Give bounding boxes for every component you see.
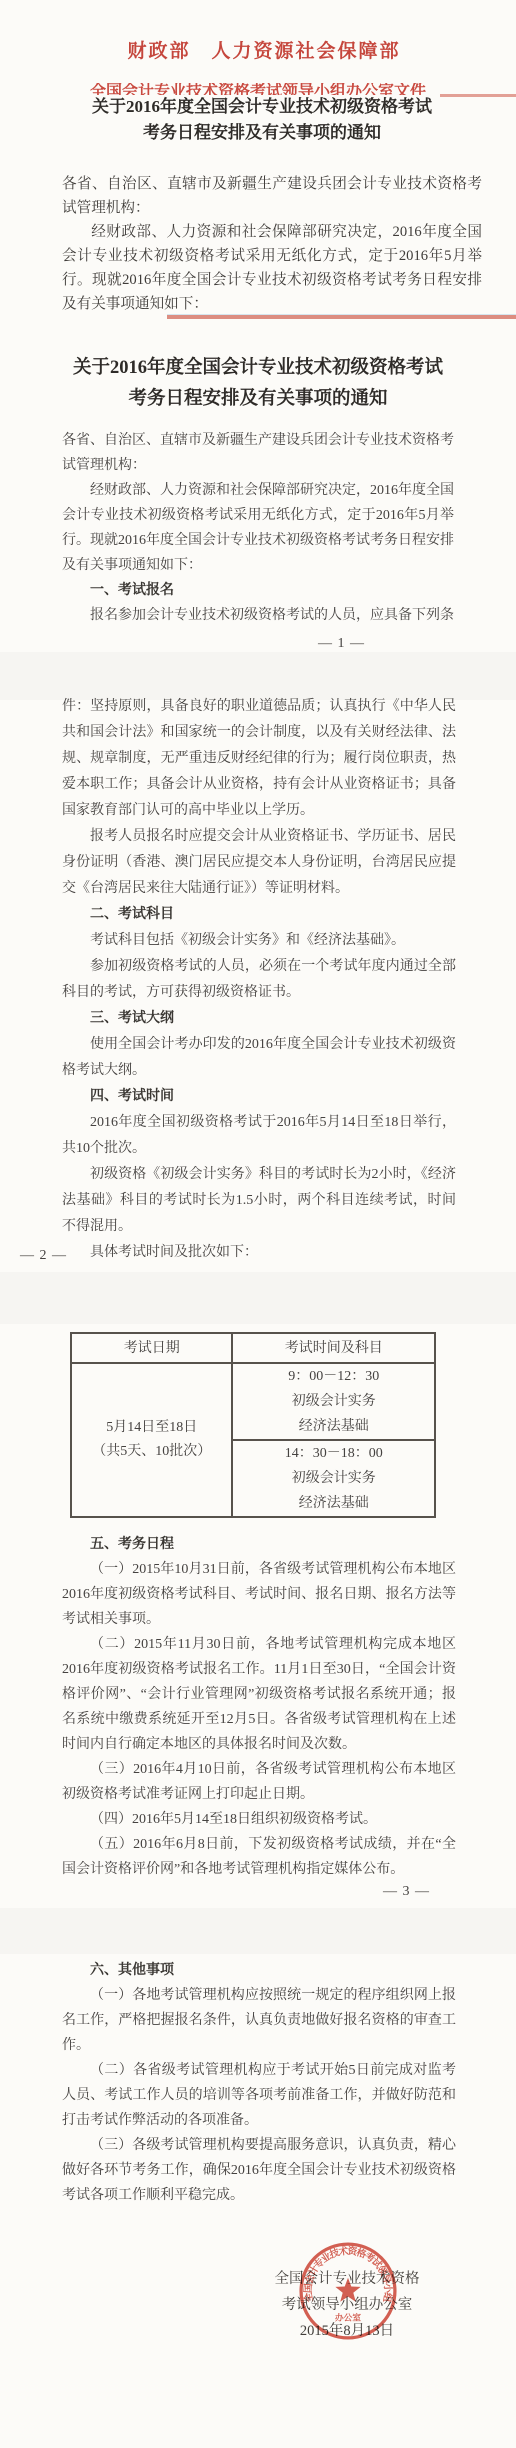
page-number-1: — 1 — xyxy=(318,636,365,652)
notice-title-line2: 考务日程安排及有关事项的通知 xyxy=(0,384,516,410)
session-morning-subject1: 初级会计实务 xyxy=(233,1389,434,1414)
section1-heading: 一、考试报名 xyxy=(62,578,454,603)
page-gap xyxy=(0,1908,516,1954)
stamp-office-text: 办公室 xyxy=(335,2312,361,2323)
session-morning-time: 9：00－12：30 xyxy=(233,1364,434,1389)
session-morning-subject2: 经济法基础 xyxy=(233,1414,434,1439)
session-afternoon-cell: 14：30－18：00 初级会计实务 经济法基础 xyxy=(232,1440,435,1517)
section2-paragraph1: 考试科目包括《初级会计实务》和《经济法基础》。 xyxy=(62,928,456,954)
page4-body: 考试日期 考试时间及科目 5月14日至18日 （共5天、10批次） 9：00－1… xyxy=(0,1332,516,1882)
section1-paragraph2: 报考人员报名时应提交会计从业资格证书、学历证书、居民身份证明（香港、澳门居民应提… xyxy=(62,824,456,902)
official-stamp: 全国会计专业技术资格考试领导小组 办公室 xyxy=(297,2240,399,2342)
section4-paragraph2: 初级资格《初级会计实务》科目的考试时长为2小时，《经济法基础》科目的考试时长为1… xyxy=(62,1162,456,1240)
preview-notice-title-line2: 考务日程安排及有关事项的通知 xyxy=(0,118,516,143)
section6-heading: 六、其他事项 xyxy=(62,1958,456,1983)
preview-body: 各省、自治区、直辖市及新疆生产建设兵团会计专业技术资格考试管理机构： 经财政部、… xyxy=(62,172,482,316)
page2-body: 各省、自治区、直辖市及新疆生产建设兵团会计专业技术资格考试管理机构： 经财政部、… xyxy=(62,428,454,628)
page-number-3: — 3 — xyxy=(383,1884,430,1900)
section4-paragraph3: 具体考试时间及批次如下： xyxy=(62,1240,456,1266)
section5-paragraph4: （四）2016年5月14至18日组织初级资格考试。 xyxy=(62,1807,456,1832)
session-afternoon-subject1: 初级会计实务 xyxy=(233,1466,434,1491)
preview-salutation: 各省、自治区、直辖市及新疆生产建设兵团会计专业技术资格考试管理机构： xyxy=(62,172,482,220)
exam-date-cell: 5月14日至18日 （共5天、10批次） xyxy=(71,1363,232,1517)
page5-body: 六、其他事项 （一）各地考试管理机构应按照统一规定的程序组织网上报名工作，严格把… xyxy=(62,1958,456,2208)
section6-paragraph1: （一）各地考试管理机构应按照统一规定的程序组织网上报名工作，严格把握报名条件，认… xyxy=(62,1983,456,2058)
stamp-star-icon xyxy=(335,2278,360,2302)
section4-paragraph1: 2016年度全国初级资格考试于2016年5月14日至18日举行，共10个批次。 xyxy=(62,1110,456,1162)
section1-paragraph1-part1: 报名参加会计专业技术初级资格考试的人员，应具备下列条 xyxy=(62,603,454,628)
letterhead-ministries: 财政部 人力资源社会保障部 xyxy=(0,36,516,63)
section2-paragraph2: 参加初级资格考试的人员，必须在一个考试年度内通过全部科目的考试，方可获得初级资格… xyxy=(62,954,456,1006)
schedule-table: 考试日期 考试时间及科目 5月14日至18日 （共5天、10批次） 9：00－1… xyxy=(70,1332,436,1518)
section5-paragraph2: （二）2015年11月30日前，各地考试管理机构完成本地区2016年度初级资格考… xyxy=(62,1632,456,1757)
exam-date-line2: （共5天、10批次） xyxy=(72,1440,231,1464)
section1-paragraph1-part2: 件：坚持原则，具备良好的职业道德品质；认真执行《中华人民共和国会计法》和国家统一… xyxy=(62,694,456,824)
section5-paragraph5: （五）2016年6月8日前，下发初级资格考试成绩，并在“全国会计资格评价网”和各… xyxy=(62,1832,456,1882)
section3-paragraph1: 使用全国会计考办印发的2016年度全国会计专业技术初级资格考试大纲。 xyxy=(62,1032,456,1084)
page-gap xyxy=(0,1272,516,1324)
section5-paragraph3: （三）2016年4月10日前，各省级考试管理机构公布本地区初级资格考试准考证网上… xyxy=(62,1757,456,1807)
table-row-morning: 5月14日至18日 （共5天、10批次） 9：00－12：30 初级会计实务 经… xyxy=(71,1363,435,1440)
preview-notice-title-line1: 关于2016年度全国会计专业技术初级资格考试 xyxy=(0,92,516,117)
session-afternoon-time: 14：30－18：00 xyxy=(233,1441,434,1466)
notice-salutation: 各省、自治区、直辖市及新疆生产建设兵团会计专业技术资格考试管理机构： xyxy=(62,428,454,478)
section2-heading: 二、考试科目 xyxy=(62,902,456,928)
section3-heading: 三、考试大纲 xyxy=(62,1006,456,1032)
col-header-time-subject: 考试时间及科目 xyxy=(232,1333,435,1363)
section6-paragraph2: （二）各省级考试管理机构应于考试开始5日前完成对监考人员、考试工作人员的培训等各… xyxy=(62,2058,456,2133)
session-afternoon-subject2: 经济法基础 xyxy=(233,1491,434,1516)
section5-paragraph1: （一）2015年10月31日前，各省级考试管理机构公布本地区2016年度初级资格… xyxy=(62,1557,456,1632)
exam-date-line1: 5月14日至18日 xyxy=(72,1416,231,1440)
section6-paragraph3: （三）各级考试管理机构要提高服务意识，认真负责，精心做好各环节考务工作，确保20… xyxy=(62,2133,456,2208)
notice-title-line1: 关于2016年度全国会计专业技术初级资格考试 xyxy=(0,353,516,379)
page3-body: 件：坚持原则，具备良好的职业道德品质；认真执行《中华人民共和国会计法》和国家统一… xyxy=(62,694,456,1266)
page-gap xyxy=(0,652,516,700)
section5-heading: 五、考务日程 xyxy=(62,1532,456,1557)
notice-intro: 经财政部、人力资源和社会保障部研究决定，2016年度全国会计专业技术初级资格考试… xyxy=(62,478,454,578)
col-header-exam-date: 考试日期 xyxy=(71,1333,232,1363)
section-divider-line xyxy=(167,314,516,319)
section4-heading: 四、考试时间 xyxy=(62,1084,456,1110)
page-number-2: — 2 — xyxy=(20,1248,67,1264)
table-header-row: 考试日期 考试时间及科目 xyxy=(71,1333,435,1363)
preview-intro: 经财政部、人力资源和社会保障部研究决定，2016年度全国会计专业技术初级资格考试… xyxy=(62,220,482,316)
session-morning-cell: 9：00－12：30 初级会计实务 经济法基础 xyxy=(232,1363,435,1440)
